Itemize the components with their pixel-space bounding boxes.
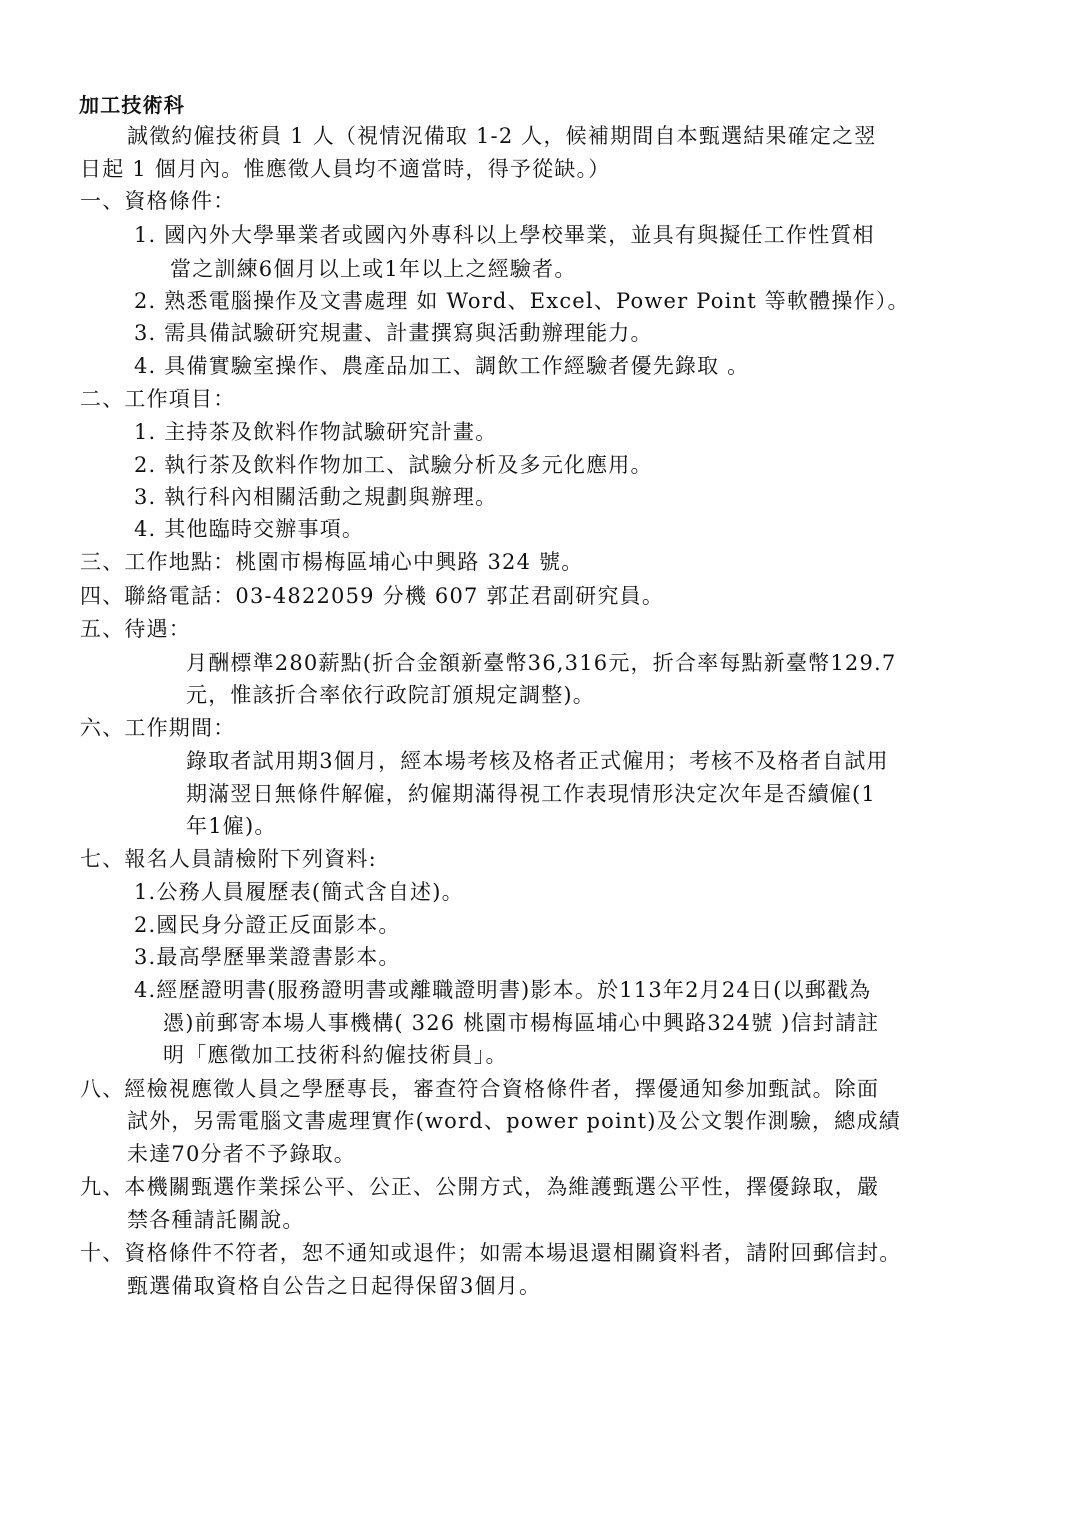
section-heading: 六、工作期間： bbox=[80, 715, 235, 741]
list-item: 2. 執行茶及飲料作物加工、試驗分析及多元化應用。 bbox=[134, 452, 653, 478]
list-item: 1. 國內外大學畢業者或國內外專科以上學校畢業，並具有與擬任工作性質相 bbox=[134, 222, 875, 248]
paragraph-line: 年1僱)。 bbox=[186, 813, 277, 839]
list-item-cont: 憑)前郵寄本場人事機構( 326 桃園市楊梅區埔心中興路324號 )信封請註 bbox=[163, 1010, 879, 1036]
paragraph-line: 禁各種請託關說。 bbox=[127, 1207, 305, 1233]
paragraph-line: 期滿翌日無條件解僱，約僱期滿得視工作表現情形決定次年是否續僱(1 bbox=[186, 781, 876, 807]
list-item: 3. 需具備試驗研究規畫、計畫撰寫與活動辦理能力。 bbox=[134, 320, 653, 346]
list-item: 2.國民身分證正反面影本。 bbox=[134, 912, 401, 938]
section-heading: 三、工作地點：桃園市楊梅區埔心中興路 324 號。 bbox=[80, 549, 583, 575]
paragraph-line: 元，惟該折合率依行政院訂頒規定調整)。 bbox=[186, 682, 595, 708]
section-heading: 八、經檢視應徵人員之學歷專長，審查符合資格條件者，擇優通知參加甄試。除面 bbox=[80, 1076, 879, 1102]
list-item: 3.最高學歷畢業證書影本。 bbox=[134, 944, 401, 970]
paragraph-line: 月酬標準280薪點(折合金額新臺幣36,316元，折合率每點新臺幣129.7 bbox=[186, 650, 896, 676]
list-item: 4.經歷證明書(服務證明書或離職證明書)影本。於113年2月24日(以郵戳為 bbox=[134, 977, 871, 1003]
section-heading: 二、工作項目： bbox=[80, 386, 235, 412]
list-item: 4. 其他臨時交辦事項。 bbox=[134, 516, 364, 542]
list-item: 4. 具備實驗室操作、農產品加工、調飲工作經驗者優先錄取 。 bbox=[134, 353, 749, 379]
paragraph-line: 未達70分者不予錄取。 bbox=[127, 1141, 356, 1167]
list-item-cont: 當之訓練6個月以上或1年以上之經驗者。 bbox=[170, 256, 577, 282]
list-item: 1.公務人員履歷表(簡式含自述)。 bbox=[134, 879, 464, 905]
list-item: 2. 熟悉電腦操作及文書處理 如 Word、Excel、Power Point … bbox=[134, 288, 910, 314]
paragraph-line: 甄選備取資格自公告之日起得保留3個月。 bbox=[127, 1273, 541, 1299]
paragraph-line: 試外，另需電腦文書處理實作(word、power point)及公文製作測驗，總… bbox=[127, 1108, 901, 1134]
section-heading: 九、本機關甄選作業採公平、公正、公開方式，為維護甄選公平性，擇優錄取，嚴 bbox=[80, 1174, 879, 1200]
section-heading: 一、資格條件： bbox=[80, 188, 235, 214]
document-title: 加工技術科 bbox=[79, 92, 185, 118]
list-item: 1. 主持茶及飲料作物試驗研究計畫。 bbox=[134, 419, 497, 445]
section-heading: 七、報名人員請檢附下列資料: bbox=[80, 846, 377, 872]
section-heading: 五、待遇： bbox=[80, 616, 191, 642]
intro-line: 日起 1 個月內。惟應徵人員均不適當時，得予從缺。） bbox=[80, 156, 610, 182]
list-item-cont: 明「應徵加工技術科約僱技術員」。 bbox=[163, 1042, 508, 1068]
paragraph-line: 錄取者試用期3個月，經本場考核及格者正式僱用；考核不及格者自試用 bbox=[186, 748, 889, 774]
section-heading: 十、資格條件不符者，恕不通知或退件；如需本場退還相關資料者，請附回郵信封。 bbox=[80, 1240, 901, 1266]
intro-line: 誠徵約僱技術員 1 人（視情況備取 1-2 人，候補期間自本甄選結果確定之翌 bbox=[127, 123, 876, 149]
list-item: 3. 執行科內相關活動之規劃與辦理。 bbox=[134, 484, 497, 510]
section-heading: 四、聯絡電話：03-4822059 分機 607 郭芷君副研究員。 bbox=[80, 583, 664, 609]
